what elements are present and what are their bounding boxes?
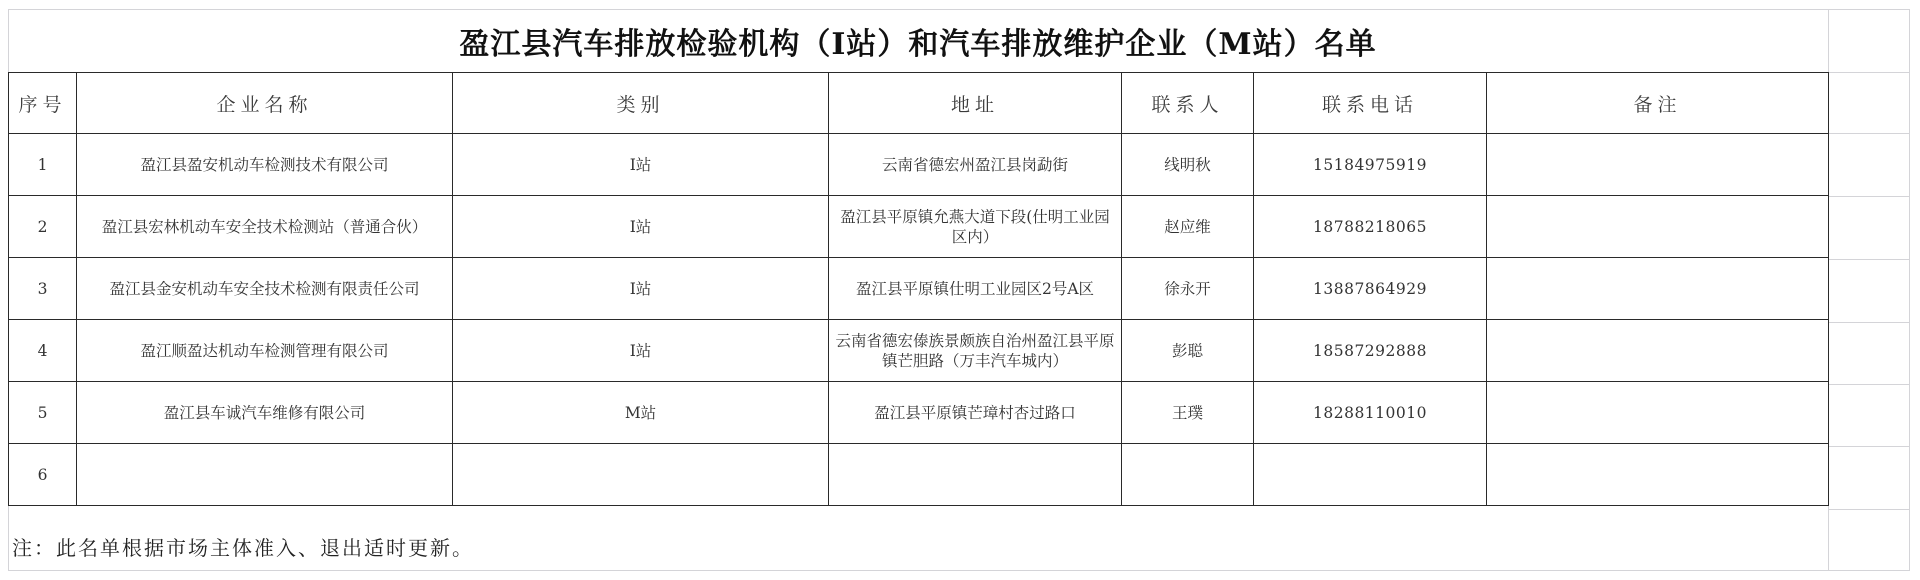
cell-address[interactable]: 盈江县平原镇允燕大道下段(仕明工业园区内） <box>829 196 1122 258</box>
cell-address[interactable]: 盈江县平原镇仕明工业园区2号A区 <box>829 258 1122 320</box>
gridline-row <box>1828 322 1910 323</box>
cell-contact[interactable]: 线明秋 <box>1122 134 1254 196</box>
cell-remarks[interactable] <box>1487 444 1829 506</box>
cell-seq[interactable]: 5 <box>9 382 77 444</box>
header-contact[interactable]: 联系人 <box>1122 73 1254 134</box>
cell-address[interactable]: 云南省德宏傣族景颇族自治州盈江县平原镇芒胆路（万丰汽车城内） <box>829 320 1122 382</box>
cell-remarks[interactable] <box>1487 258 1829 320</box>
gridline-row <box>1828 259 1910 260</box>
table-row: 1 盈江县盈安机动车检测技术有限公司 I站 云南省德宏州盈江县岗勐街 线明秋 1… <box>9 134 1829 196</box>
table-row: 5 盈江县车诚汽车维修有限公司 M站 盈江县平原镇芒璋村杏过路口 王璞 1828… <box>9 382 1829 444</box>
cell-category[interactable]: I站 <box>453 258 829 320</box>
cell-name[interactable] <box>77 444 453 506</box>
cell-phone[interactable]: 13887864929 <box>1254 258 1487 320</box>
cell-remarks[interactable] <box>1487 382 1829 444</box>
cell-contact[interactable]: 赵应维 <box>1122 196 1254 258</box>
cell-phone[interactable]: 18288110010 <box>1254 382 1487 444</box>
cell-name[interactable]: 盈江县宏林机动车安全技术检测站（普通合伙） <box>77 196 453 258</box>
gridline-row <box>1828 196 1910 197</box>
cell-name[interactable]: 盈江顺盈达机动车检测管理有限公司 <box>77 320 453 382</box>
header-category[interactable]: 类别 <box>453 73 829 134</box>
table-row: 2 盈江县宏林机动车安全技术检测站（普通合伙） I站 盈江县平原镇允燕大道下段(… <box>9 196 1829 258</box>
document-title[interactable]: 盈江县汽车排放检验机构（I站）和汽车排放维护企业（M站）名单 <box>8 9 1828 72</box>
header-remarks[interactable]: 备注 <box>1487 73 1829 134</box>
header-phone[interactable]: 联系电话 <box>1254 73 1487 134</box>
footnote[interactable]: 注：此名单根据市场主体准入、退出适时更新。 <box>12 522 474 571</box>
cell-category[interactable]: M站 <box>453 382 829 444</box>
cell-phone[interactable]: 18788218065 <box>1254 196 1487 258</box>
cell-category[interactable]: I站 <box>453 320 829 382</box>
cell-name[interactable]: 盈江县盈安机动车检测技术有限公司 <box>77 134 453 196</box>
cell-category[interactable] <box>453 444 829 506</box>
cell-seq[interactable]: 4 <box>9 320 77 382</box>
cell-contact[interactable]: 彭聪 <box>1122 320 1254 382</box>
cell-category[interactable]: I站 <box>453 134 829 196</box>
header-row: 序号 企业名称 类别 地址 联系人 联系电话 备注 <box>9 73 1829 134</box>
cell-contact[interactable] <box>1122 444 1254 506</box>
table-row: 6 <box>9 444 1829 506</box>
header-address[interactable]: 地址 <box>829 73 1122 134</box>
cell-seq[interactable]: 3 <box>9 258 77 320</box>
cell-seq[interactable]: 1 <box>9 134 77 196</box>
cell-phone[interactable]: 18587292888 <box>1254 320 1487 382</box>
gridline-row <box>1828 72 1910 73</box>
cell-seq[interactable]: 2 <box>9 196 77 258</box>
cell-name[interactable]: 盈江县车诚汽车维修有限公司 <box>77 382 453 444</box>
cell-address[interactable] <box>829 444 1122 506</box>
gridline-row <box>1828 384 1910 385</box>
cell-seq[interactable]: 6 <box>9 444 77 506</box>
gridline-row <box>1828 446 1910 447</box>
cell-remarks[interactable] <box>1487 196 1829 258</box>
gridline-row <box>1828 133 1910 134</box>
spreadsheet: 盈江县汽车排放检验机构（I站）和汽车排放维护企业（M站）名单 序号 企业名称 类… <box>8 9 1910 571</box>
cell-category[interactable]: I站 <box>453 196 829 258</box>
roster-table: 序号 企业名称 类别 地址 联系人 联系电话 备注 1 盈江县盈安机动车检测技术… <box>8 72 1829 506</box>
cell-address[interactable]: 盈江县平原镇芒璋村杏过路口 <box>829 382 1122 444</box>
cell-phone[interactable]: 15184975919 <box>1254 134 1487 196</box>
cell-name[interactable]: 盈江县金安机动车安全技术检测有限责任公司 <box>77 258 453 320</box>
cell-remarks[interactable] <box>1487 320 1829 382</box>
table-row: 3 盈江县金安机动车安全技术检测有限责任公司 I站 盈江县平原镇仕明工业园区2号… <box>9 258 1829 320</box>
cell-contact[interactable]: 徐永开 <box>1122 258 1254 320</box>
cell-contact[interactable]: 王璞 <box>1122 382 1254 444</box>
gridline-row <box>1828 509 1910 510</box>
header-name[interactable]: 企业名称 <box>77 73 453 134</box>
cell-address[interactable]: 云南省德宏州盈江县岗勐街 <box>829 134 1122 196</box>
cell-phone[interactable] <box>1254 444 1487 506</box>
header-seq[interactable]: 序号 <box>9 73 77 134</box>
table-row: 4 盈江顺盈达机动车检测管理有限公司 I站 云南省德宏傣族景颇族自治州盈江县平原… <box>9 320 1829 382</box>
cell-remarks[interactable] <box>1487 134 1829 196</box>
